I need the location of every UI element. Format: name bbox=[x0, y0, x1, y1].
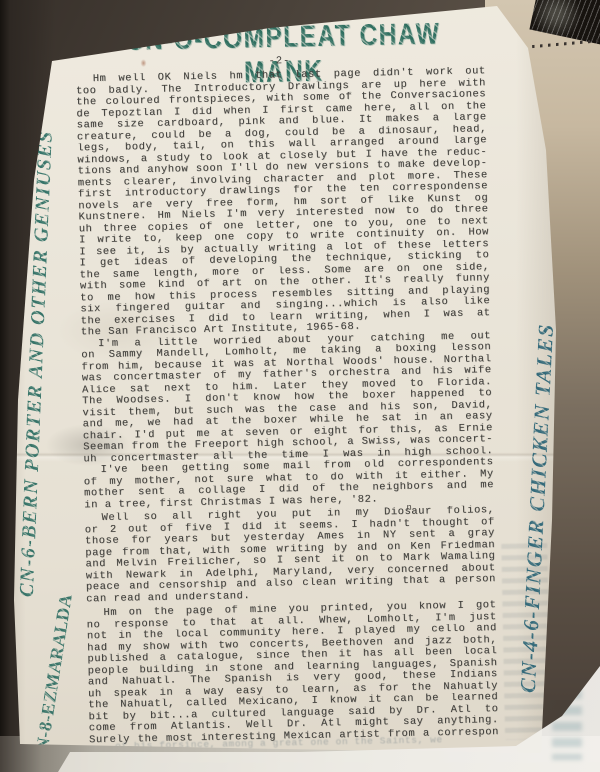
handwritten-insert-n: n bbox=[406, 503, 412, 513]
typed-letter-body: Hm well OK Niels hm that last page didn'… bbox=[76, 66, 499, 746]
page-content: CN-O-COMPLEAT CHAW MANK -2- Hm well OK N… bbox=[0, 0, 600, 772]
left-margin-stamp: CN-6-BERN PORTER AND OTHER GENIUSES bbox=[16, 123, 58, 598]
bottom-left-stamp: CN-8-EZMARALDA bbox=[30, 580, 79, 765]
bw-photo-fragment bbox=[529, 0, 600, 46]
ghost-stamp-through-sheet bbox=[552, 690, 582, 760]
photo-of-typed-letter: CN-O-COMPLEAT CHAW MANK -2- Hm well OK N… bbox=[0, 0, 600, 772]
letter-page: CN-O-COMPLEAT CHAW MANK -2- Hm well OK N… bbox=[0, 0, 600, 772]
ink-speck bbox=[140, 59, 146, 67]
perforation-dots bbox=[532, 39, 600, 48]
